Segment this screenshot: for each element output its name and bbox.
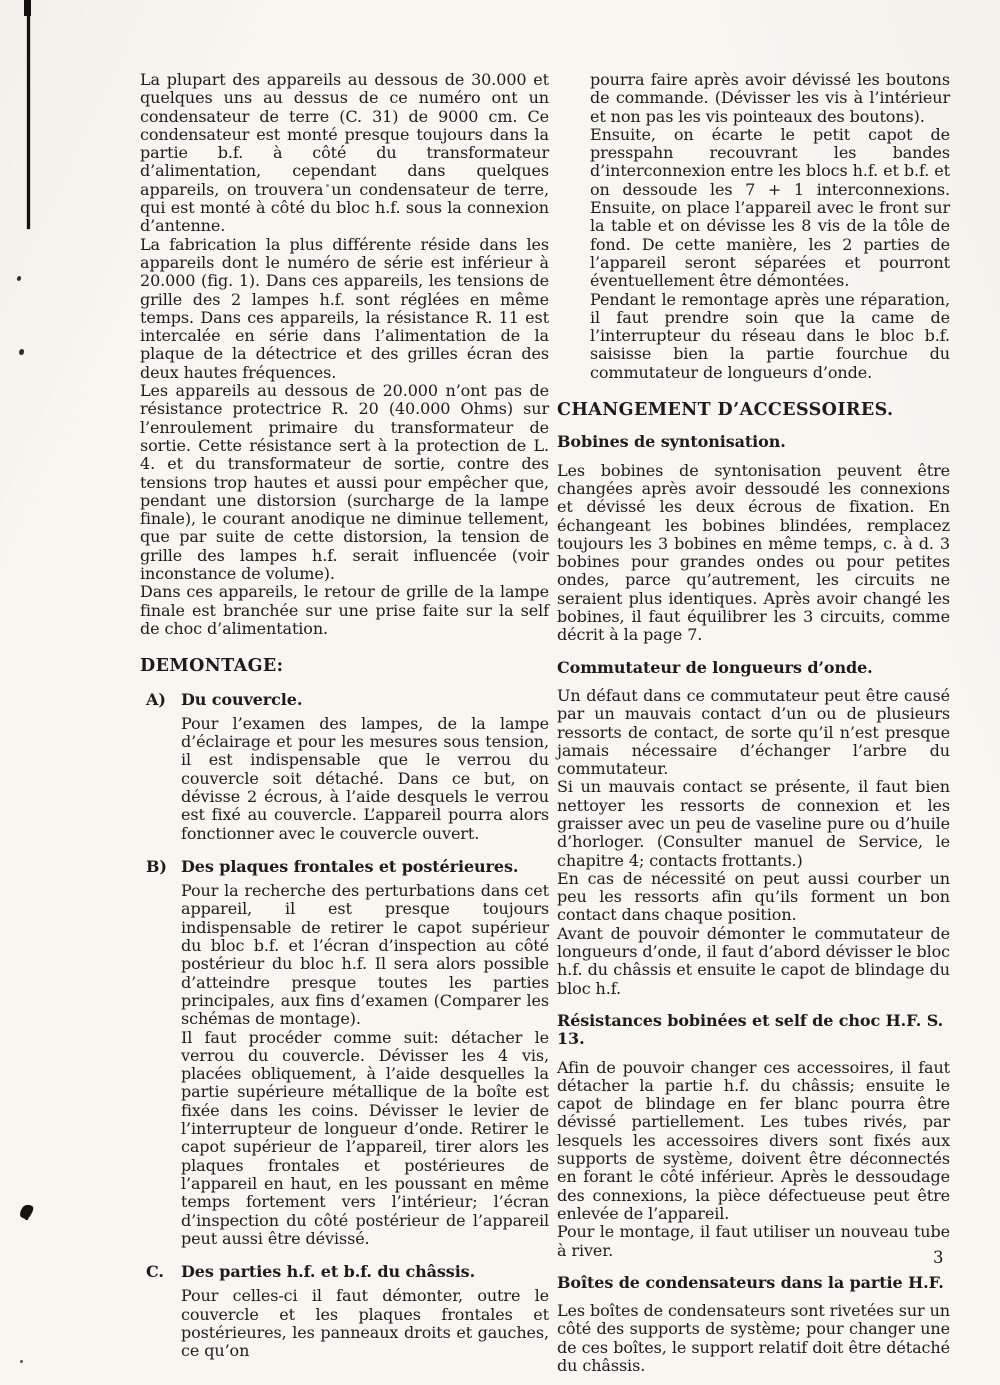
section-b-plaques: B) Des plaques frontales et postérieures…	[140, 858, 549, 1248]
subsection-title-boites: Boîtes de condensateurs dans la partie H…	[557, 1274, 950, 1292]
subsection-title-bobines: Bobines de syntonisation.	[557, 433, 950, 451]
paragraph: Pour la recherche des perturbations dans…	[181, 882, 549, 1028]
section-c-chassis: C. Des parties h.f. et b.f. du châssis. …	[140, 1263, 549, 1360]
subsection-title-commutateur: Commutateur de longueurs d’onde.	[557, 659, 950, 677]
paragraph-continuation: Pendant le remontage après une réparatio…	[557, 291, 950, 382]
subsection-title-resistances: Résistances bobinées et self de choc H.F…	[557, 1012, 950, 1049]
paragraph: La fabrication la plus différente réside…	[140, 236, 549, 382]
right-column: pourra faire après avoir dévissé les bou…	[557, 71, 950, 1375]
scanned-manual-page: La plupart des appareils au dessous de 3…	[0, 0, 1000, 1385]
paragraph: Avant de pouvoir démonter le commutateur…	[557, 925, 950, 998]
paragraph: Pour l’examen des lampes, de la lampe d’…	[181, 715, 549, 843]
paragraph: Dans ces appareils, le retour de grille …	[140, 583, 549, 638]
section-a-couvercle: A) Du couvercle. Pour l’examen des lampe…	[140, 691, 549, 843]
paragraph: Les appareils au dessous de 20.000 n’ont…	[140, 382, 549, 583]
paragraph: Pour le montage, il faut utiliser un nou…	[557, 1223, 950, 1260]
left-column: La plupart des appareils au dessous de 3…	[140, 71, 549, 1361]
paragraph: Afin de pouvoir changer ces accessoires,…	[557, 1059, 950, 1224]
scan-speck	[20, 1360, 23, 1363]
paragraph: Les bobines de syntonisation peuvent êtr…	[557, 462, 950, 645]
paragraph: Pour celles-ci il faut démonter, outre l…	[181, 1287, 549, 1360]
scan-speck	[19, 349, 24, 355]
section-title: Des parties h.f. et b.f. du châssis.	[181, 1263, 549, 1281]
section-title: Du couvercle.	[181, 691, 549, 709]
section-label: B)	[146, 858, 167, 876]
scan-artifact-edge-nub	[24, 0, 31, 16]
section-label: A)	[146, 691, 166, 709]
paragraph: Si un mauvais contact se présente, il fa…	[557, 778, 950, 869]
paragraph: Les boîtes de condensateurs sont rivetée…	[557, 1302, 950, 1375]
scan-artifact-edge-line	[27, 0, 30, 229]
paragraph-continuation: Ensuite, on écarte le petit capot de pre…	[557, 126, 950, 291]
paragraph: La plupart des appareils au dessous de 3…	[140, 71, 549, 236]
paragraph-continuation: pourra faire après avoir dévissé les bou…	[557, 71, 950, 126]
section-label: C.	[146, 1263, 164, 1281]
page-number: 3	[933, 1248, 944, 1267]
demontage-heading: DEMONTAGE:	[140, 657, 549, 675]
paragraph: Il faut procéder comme suit: détacher le…	[181, 1029, 549, 1249]
ink-blot	[18, 1202, 35, 1221]
scan-speck	[16, 275, 21, 281]
paragraph: Un défaut dans ce commutateur peut être …	[557, 687, 950, 778]
paragraph: En cas de nécessité on peut aussi courbe…	[557, 870, 950, 925]
accessories-heading: CHANGEMENT D’ACCESSOIRES.	[557, 401, 950, 419]
section-title: Des plaques frontales et postérieures.	[181, 858, 549, 876]
